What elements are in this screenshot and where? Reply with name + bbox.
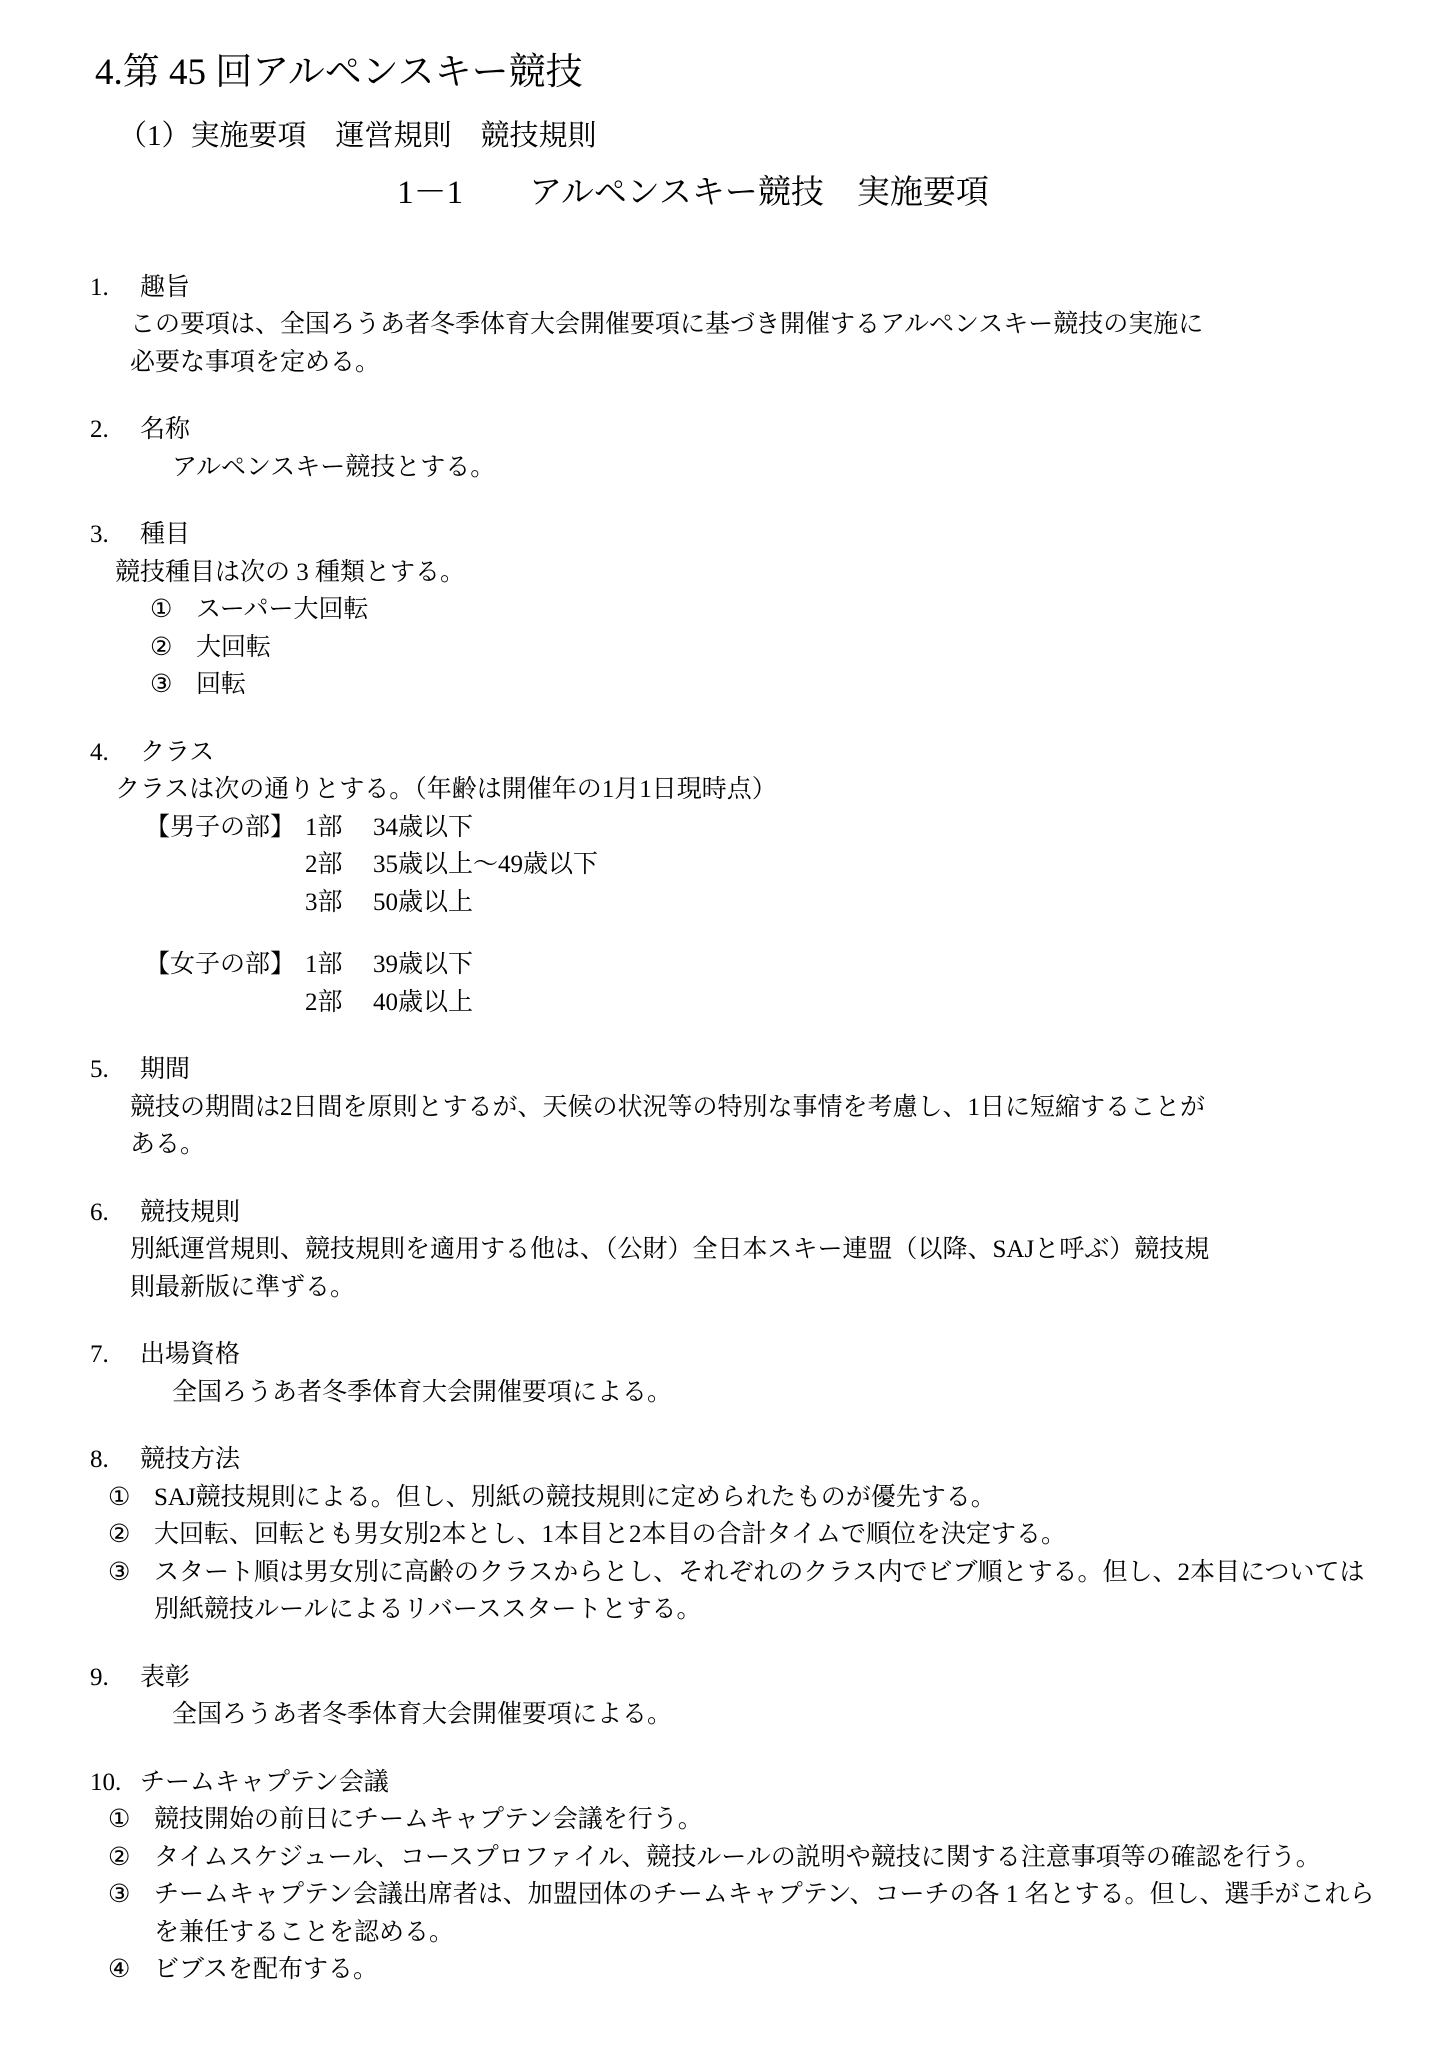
section-title: クラス bbox=[140, 734, 214, 772]
list-item-text: 回転 bbox=[196, 666, 1386, 704]
list-item: ④ ビブスを配布する。 bbox=[108, 1951, 1386, 1989]
list-item: ③ チームキャプテン会議出席者は、加盟団体のチームキャプテン、コーチの各 1 名… bbox=[108, 1876, 1386, 1951]
circled-number-marker: ② bbox=[108, 1516, 154, 1554]
class-age-range: 34歳以下 bbox=[373, 809, 473, 847]
document-subtitle: （1）実施要項 運営規則 競技規則 bbox=[118, 118, 1386, 156]
circled-number-marker: ① bbox=[108, 1479, 154, 1517]
class-row: 3部 50歳以上 bbox=[305, 884, 598, 922]
section-5-body-line: 競技の期間は2日間を原則とするが、天候の状況等の特別な事情を考慮し、1日に短縮す… bbox=[130, 1089, 1386, 1127]
section-title: 期間 bbox=[140, 1051, 190, 1089]
class-row: 1部 39歳以下 bbox=[305, 946, 473, 984]
list-item-text: 競技開始の前日にチームキャプテン会議を行う。 bbox=[154, 1801, 1386, 1839]
section-5-period: 5. 期間 競技の期間は2日間を原則とするが、天候の状況等の特別な事情を考慮し、… bbox=[0, 1051, 1386, 1164]
section-title: チームキャプテン会議 bbox=[140, 1764, 389, 1802]
list-item: ② 大回転 bbox=[150, 629, 1386, 667]
list-item: ③ 回転 bbox=[150, 666, 1386, 704]
section-number: 10. bbox=[90, 1764, 140, 1802]
section-4-intro: クラスは次の通りとする。（年齢は開催年の1月1日現時点） bbox=[115, 771, 1386, 809]
list-item: ② 大回転、回転とも男女別2本とし、1本目と2本目の合計タイムで順位を決定する。 bbox=[108, 1516, 1386, 1554]
section-number: 2. bbox=[90, 411, 140, 449]
section-title: 表彰 bbox=[140, 1659, 190, 1697]
circled-number-marker: ② bbox=[150, 629, 196, 667]
section-number: 8. bbox=[90, 1441, 140, 1479]
section-9-heading: 9. 表彰 bbox=[90, 1659, 1386, 1697]
section-5-heading: 5. 期間 bbox=[90, 1051, 1386, 1089]
section-number: 1. bbox=[90, 269, 140, 307]
class-group-label: 【女子の部】 bbox=[145, 946, 305, 1021]
section-8-heading: 8. 競技方法 bbox=[90, 1441, 1386, 1479]
section-2-heading: 2. 名称 bbox=[90, 411, 1386, 449]
section-10-captains-meeting: 10. チームキャプテン会議 ① 競技開始の前日にチームキャプテン会議を行う。 … bbox=[0, 1764, 1386, 1989]
section-number: 5. bbox=[90, 1051, 140, 1089]
circled-number-marker: ③ bbox=[108, 1876, 154, 1951]
circled-number-marker: ④ bbox=[108, 1951, 154, 1989]
document-title: 4.第 45 回アルペンスキー競技 bbox=[95, 50, 1386, 96]
section-1-purpose: 1. 趣旨 この要項は、全国ろうあ者冬季体育大会開催要項に基づき開催するアルペン… bbox=[0, 269, 1386, 382]
list-item-text: スーパー大回転 bbox=[196, 591, 1386, 629]
section-6-rules: 6. 競技規則 別紙運営規則、競技規則を適用する他は、（公財）全日本スキー連盟（… bbox=[0, 1194, 1386, 1307]
section-9-body-line: 全国ろうあ者冬季体育大会開催要項による。 bbox=[172, 1696, 1386, 1734]
section-number: 3. bbox=[90, 516, 140, 554]
list-item: ② タイムスケジュール、コースプロファイル、競技ルールの説明や競技に関する注意事… bbox=[108, 1839, 1386, 1877]
section-6-heading: 6. 競技規則 bbox=[90, 1194, 1386, 1232]
section-6-body-line: 則最新版に準ずる。 bbox=[130, 1269, 1386, 1307]
section-6-body-line: 別紙運営規則、競技規則を適用する他は、（公財）全日本スキー連盟（以降、SAJと呼… bbox=[130, 1231, 1386, 1269]
section-title: 名称 bbox=[140, 411, 190, 449]
section-3-events: 3. 種目 競技種目は次の 3 種類とする。 ① スーパー大回転 ② 大回転 ③… bbox=[0, 516, 1386, 704]
section-1-heading: 1. 趣旨 bbox=[90, 269, 1386, 307]
section-4-heading: 4. クラス bbox=[90, 734, 1386, 772]
class-table: 【男子の部】 1部 34歳以下 2部 35歳以上～49歳以下 3部 50歳以上 bbox=[145, 809, 1386, 1022]
section-8-item-list: ① SAJ競技規則による。但し、別紙の競技規則に定められたものが優先する。 ② … bbox=[108, 1479, 1386, 1629]
section-7-body-line: 全国ろうあ者冬季体育大会開催要項による。 bbox=[172, 1374, 1386, 1412]
circled-number-marker: ③ bbox=[150, 666, 196, 704]
list-item-text: チームキャプテン会議出席者は、加盟団体のチームキャプテン、コーチの各 1 名とす… bbox=[154, 1876, 1386, 1951]
list-item-text: 大回転 bbox=[196, 629, 1386, 667]
class-group-men: 【男子の部】 1部 34歳以下 2部 35歳以上～49歳以下 3部 50歳以上 bbox=[145, 809, 1386, 922]
list-item: ③ スタート順は男女別に高齢のクラスからとし、それぞれのクラス内でビブ順とする。… bbox=[108, 1554, 1386, 1629]
class-group-label: 【男子の部】 bbox=[145, 809, 305, 922]
main-heading: 1－1 アルペンスキー競技 実施要項 bbox=[0, 172, 1386, 215]
class-row: 2部 40歳以上 bbox=[305, 984, 473, 1022]
class-age-range: 35歳以上～49歳以下 bbox=[373, 846, 598, 884]
section-5-body-line: ある。 bbox=[130, 1126, 1386, 1164]
section-2-body-line: アルペンスキー競技とする。 bbox=[172, 449, 1386, 487]
class-age-range: 39歳以下 bbox=[373, 946, 473, 984]
section-1-body-line: この要項は、全国ろうあ者冬季体育大会開催要項に基づき開催するアルペンスキー競技の… bbox=[130, 306, 1386, 344]
circled-number-marker: ① bbox=[150, 591, 196, 629]
section-10-heading: 10. チームキャプテン会議 bbox=[90, 1764, 1386, 1802]
section-10-item-list: ① 競技開始の前日にチームキャプテン会議を行う。 ② タイムスケジュール、コース… bbox=[108, 1801, 1386, 1989]
class-part: 3部 bbox=[305, 884, 373, 922]
list-item: ① 競技開始の前日にチームキャプテン会議を行う。 bbox=[108, 1801, 1386, 1839]
class-part: 2部 bbox=[305, 984, 373, 1022]
section-8-method: 8. 競技方法 ① SAJ競技規則による。但し、別紙の競技規則に定められたものが… bbox=[0, 1441, 1386, 1629]
class-part: 1部 bbox=[305, 946, 373, 984]
class-age-range: 50歳以上 bbox=[373, 884, 473, 922]
section-2-name: 2. 名称 アルペンスキー競技とする。 bbox=[0, 411, 1386, 486]
section-number: 6. bbox=[90, 1194, 140, 1232]
list-item-text: スタート順は男女別に高齢のクラスからとし、それぞれのクラス内でビブ順とする。但し… bbox=[154, 1554, 1386, 1629]
section-number: 4. bbox=[90, 734, 140, 772]
class-part: 1部 bbox=[305, 809, 373, 847]
class-group-women: 【女子の部】 1部 39歳以下 2部 40歳以上 bbox=[145, 946, 1386, 1021]
circled-number-marker: ① bbox=[108, 1801, 154, 1839]
class-row: 2部 35歳以上～49歳以下 bbox=[305, 846, 598, 884]
circled-number-marker: ② bbox=[108, 1839, 154, 1877]
section-7-heading: 7. 出場資格 bbox=[90, 1336, 1386, 1374]
list-item: ① SAJ競技規則による。但し、別紙の競技規則に定められたものが優先する。 bbox=[108, 1479, 1386, 1517]
section-title: 出場資格 bbox=[140, 1336, 240, 1374]
class-part: 2部 bbox=[305, 846, 373, 884]
list-item-text: タイムスケジュール、コースプロファイル、競技ルールの説明や競技に関する注意事項等… bbox=[154, 1839, 1386, 1877]
section-title: 競技規則 bbox=[140, 1194, 240, 1232]
class-rows: 1部 34歳以下 2部 35歳以上～49歳以下 3部 50歳以上 bbox=[305, 809, 598, 922]
section-number: 9. bbox=[90, 1659, 140, 1697]
list-item-text: SAJ競技規則による。但し、別紙の競技規則に定められたものが優先する。 bbox=[154, 1479, 1386, 1517]
circled-number-marker: ③ bbox=[108, 1554, 154, 1629]
section-3-heading: 3. 種目 bbox=[90, 516, 1386, 554]
section-1-body-line: 必要な事項を定める。 bbox=[130, 344, 1386, 382]
list-item-text: ビブスを配布する。 bbox=[154, 1951, 1386, 1989]
class-rows: 1部 39歳以下 2部 40歳以上 bbox=[305, 946, 473, 1021]
list-item: ① スーパー大回転 bbox=[150, 591, 1386, 629]
class-row: 1部 34歳以下 bbox=[305, 809, 598, 847]
section-title: 種目 bbox=[140, 516, 190, 554]
section-title: 趣旨 bbox=[140, 269, 190, 307]
section-9-awards: 9. 表彰 全国ろうあ者冬季体育大会開催要項による。 bbox=[0, 1659, 1386, 1734]
class-age-range: 40歳以上 bbox=[373, 984, 473, 1022]
section-3-intro: 競技種目は次の 3 種類とする。 bbox=[115, 554, 1386, 592]
document-page: 4.第 45 回アルペンスキー競技 （1）実施要項 運営規則 競技規則 1－1 … bbox=[0, 0, 1448, 2048]
section-7-eligibility: 7. 出場資格 全国ろうあ者冬季体育大会開催要項による。 bbox=[0, 1336, 1386, 1411]
section-title: 競技方法 bbox=[140, 1441, 240, 1479]
list-item-text: 大回転、回転とも男女別2本とし、1本目と2本目の合計タイムで順位を決定する。 bbox=[154, 1516, 1386, 1554]
section-number: 7. bbox=[90, 1336, 140, 1374]
section-4-classes: 4. クラス クラスは次の通りとする。（年齢は開催年の1月1日現時点） 【男子の… bbox=[0, 734, 1386, 1022]
section-3-item-list: ① スーパー大回転 ② 大回転 ③ 回転 bbox=[150, 591, 1386, 704]
